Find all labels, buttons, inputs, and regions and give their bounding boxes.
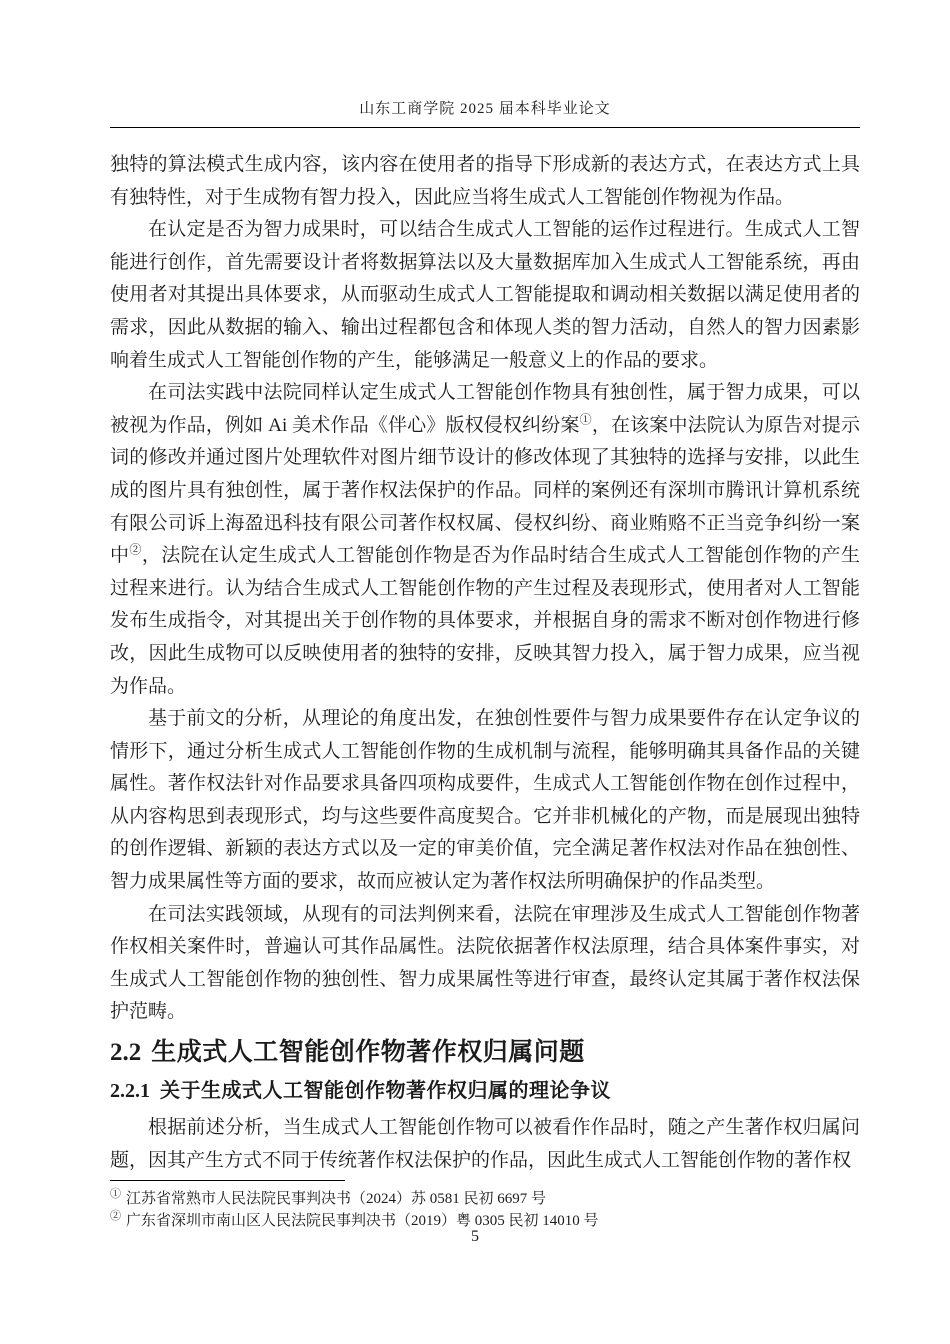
thesis-page: 山东工商学院 2025 届本科毕业论文 独特的算法模式生成内容，该内容在使用者的…	[0, 0, 950, 1344]
footnote-text: 广东省深圳市南山区人民法院民事判决书（2019）粤 0305 民初 14010 …	[126, 1213, 599, 1229]
footnote-marker: ①	[110, 1188, 121, 1200]
thesis-paragraph: 独特的算法模式生成内容，该内容在使用者的指导下形成新的表达方式，在表达方式上具有…	[110, 149, 860, 214]
page-number: 5	[0, 1228, 950, 1246]
footnote-separator	[110, 1180, 345, 1181]
subsection-number: 2.2.1	[110, 1080, 150, 1102]
page-body: 独特的算法模式生成内容，该内容在使用者的指导下形成新的表达方式，在表达方式上具有…	[110, 149, 860, 1177]
thesis-paragraph: 在司法实践中法院同样认定生成式人工智能创作物具有独创性，属于智力成果，可以被视为…	[110, 377, 860, 703]
thesis-paragraph: 在司法实践领域，从现有的司法判例来看，法院在审理涉及生成式人工智能创作物著作权相…	[110, 899, 860, 1029]
subsection-title: 关于生成式人工智能创作物著作权归属的理论争议	[160, 1080, 611, 1102]
footnote-area: ①江苏省常熟市人民法院民事判决书（2024）苏 0581 民初 6697 号 ②…	[110, 1180, 860, 1232]
section-heading-2-2: 2.2生成式人工智能创作物著作权归属问题	[110, 1033, 860, 1072]
section-number: 2.2	[110, 1039, 141, 1066]
footnote-text: 江苏省常熟市人民法院民事判决书（2024）苏 0581 民初 6697 号	[126, 1191, 546, 1207]
thesis-paragraph: 在认定是否为智力成果时，可以结合生成式人工智能的运作过程进行。生成式人工智能进行…	[110, 214, 860, 377]
thesis-paragraph: 基于前文的分析，从理论的角度出发，在独创性要件与智力成果要件存在认定争议的情形下…	[110, 703, 860, 899]
running-header: 山东工商学院 2025 届本科毕业论文	[110, 100, 860, 128]
section-title: 生成式人工智能创作物著作权归属问题	[151, 1038, 585, 1066]
footnote-marker: ②	[110, 1210, 121, 1222]
subsection-heading-2-2-1: 2.2.1关于生成式人工智能创作物著作权归属的理论争议	[110, 1074, 860, 1108]
thesis-paragraph: 根据前述分析，当生成式人工智能创作物可以被看作作品时，随之产生著作权归属问题，因…	[110, 1112, 860, 1177]
footnote: ①江苏省常熟市人民法院民事判决书（2024）苏 0581 民初 6697 号	[110, 1188, 860, 1210]
